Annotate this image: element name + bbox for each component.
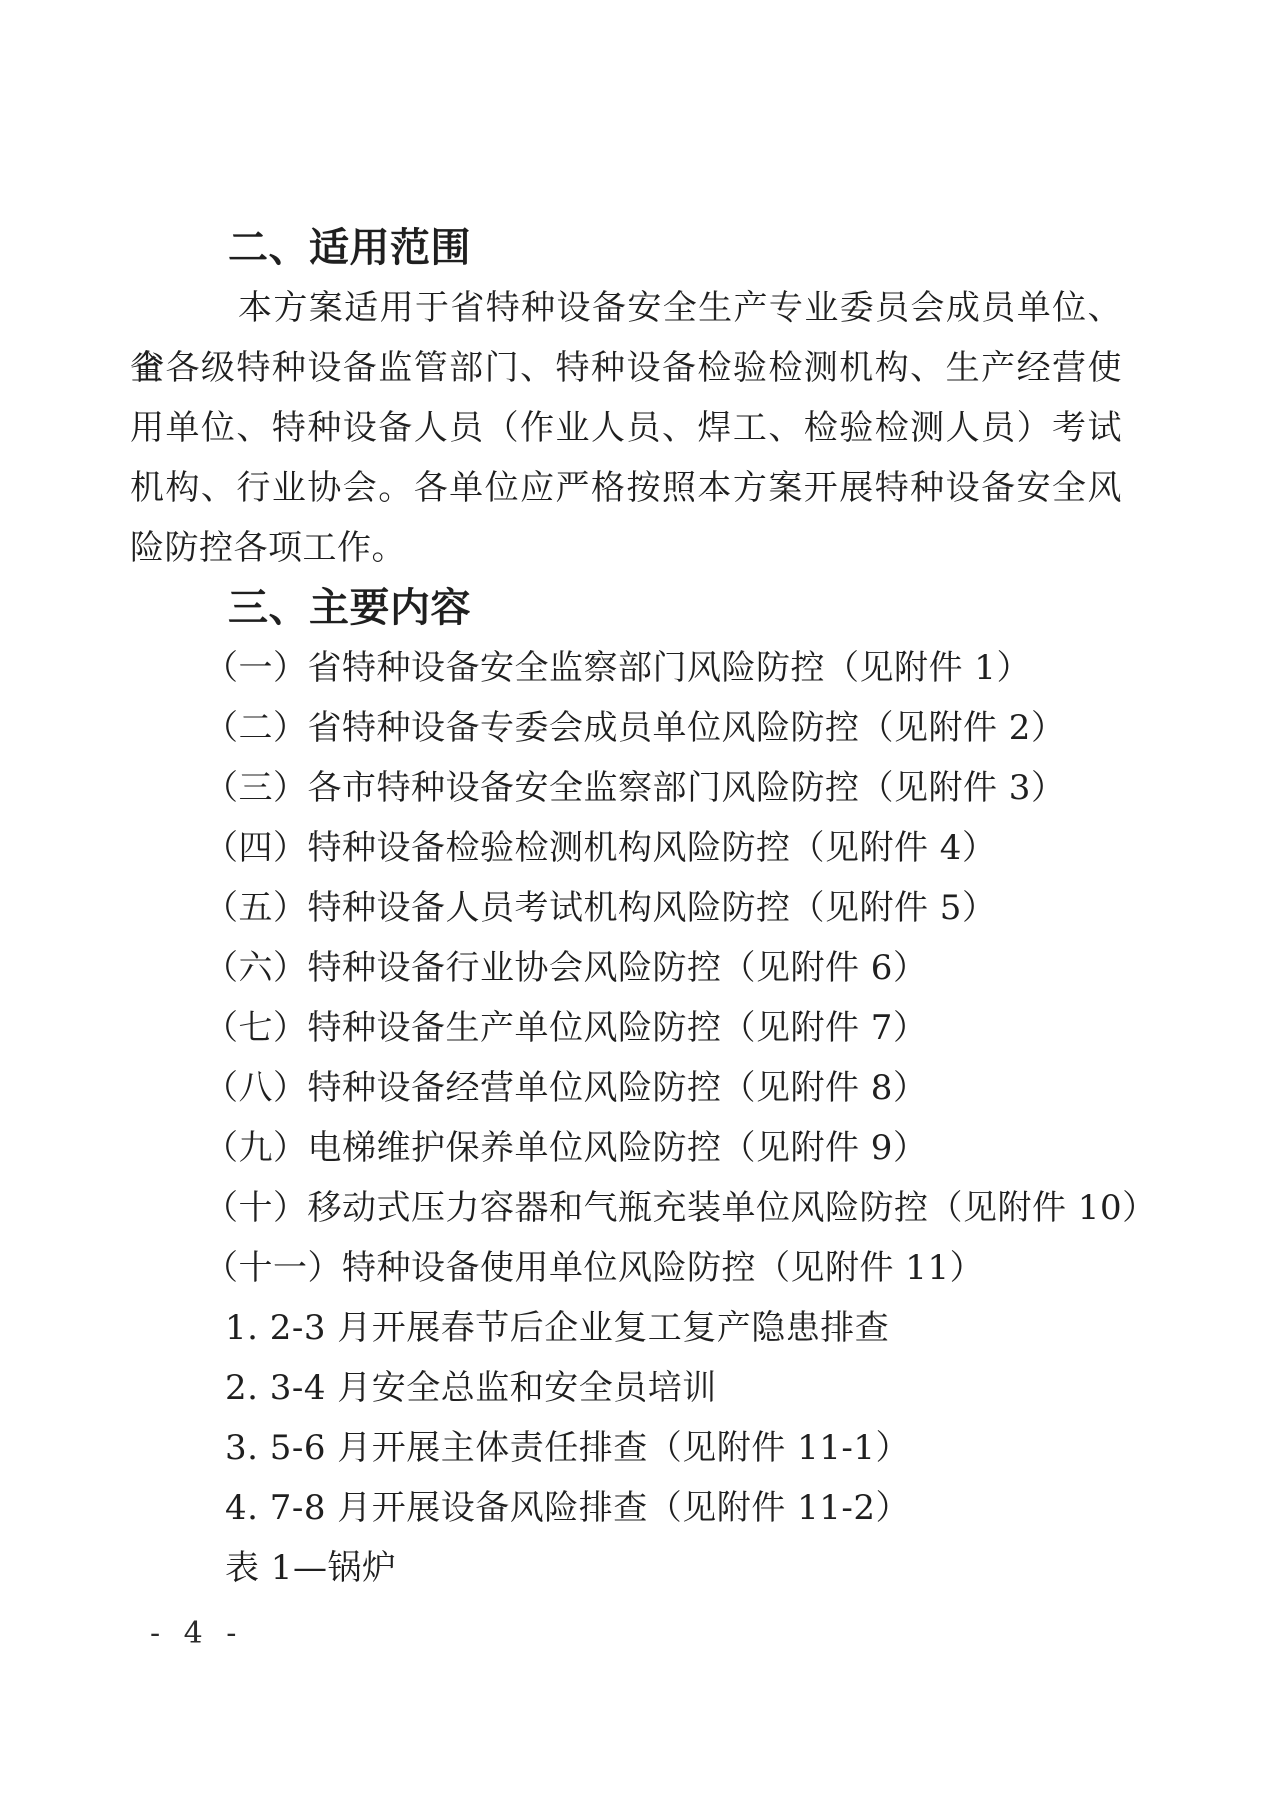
numbered-item-1: 1. 2-3 月开展春节后企业复工复产隐患排查 [130,1298,1122,1358]
paragraph-line: 机构、行业协会。各单位应严格按照本方案开展特种设备安全风 [130,458,1122,518]
list-item-8: （八）特种设备经营单位风险防控（见附件 8） [130,1058,1122,1118]
paragraph-line: 本方案适用于省特种设备安全生产专业委员会成员单位、全 [130,278,1122,338]
document-page: 二、适用范围 本方案适用于省特种设备安全生产专业委员会成员单位、全 省各级特种设… [0,0,1280,1810]
paragraph-line: 省各级特种设备监管部门、特种设备检验检测机构、生产经营使 [130,338,1122,398]
list-item-4: （四）特种设备检验检测机构风险防控（见附件 4） [130,818,1122,878]
list-item-3: （三）各市特种设备安全监察部门风险防控（见附件 3） [130,758,1122,818]
document-content: 二、适用范围 本方案适用于省特种设备安全生产专业委员会成员单位、全 省各级特种设… [130,218,1122,1598]
paragraph-line: 险防控各项工作。 [130,518,1122,578]
paragraph-line: 用单位、特种设备人员（作业人员、焊工、检验检测人员）考试 [130,398,1122,458]
table-caption: 表 1—锅炉 [130,1538,1122,1598]
list-item-1: （一）省特种设备安全监察部门风险防控（见附件 1） [130,638,1122,698]
list-item-5: （五）特种设备人员考试机构风险防控（见附件 5） [130,878,1122,938]
list-item-11: （十一）特种设备使用单位风险防控（见附件 11） [130,1238,1122,1298]
numbered-item-2: 2. 3-4 月安全总监和安全员培训 [130,1358,1122,1418]
section2-heading: 二、适用范围 [130,218,1122,278]
list-item-6: （六）特种设备行业协会风险防控（见附件 6） [130,938,1122,998]
page-number: - 4 - [150,1612,243,1656]
list-item-7: （七）特种设备生产单位风险防控（见附件 7） [130,998,1122,1058]
list-item-2: （二）省特种设备专委会成员单位风险防控（见附件 2） [130,698,1122,758]
list-item-9: （九）电梯维护保养单位风险防控（见附件 9） [130,1118,1122,1178]
numbered-item-3: 3. 5-6 月开展主体责任排查（见附件 11-1） [130,1418,1122,1478]
list-item-10: （十）移动式压力容器和气瓶充装单位风险防控（见附件 10） [130,1178,1122,1238]
numbered-item-4: 4. 7-8 月开展设备风险排查（见附件 11-2） [130,1478,1122,1538]
section3-heading: 三、主要内容 [130,578,1122,638]
